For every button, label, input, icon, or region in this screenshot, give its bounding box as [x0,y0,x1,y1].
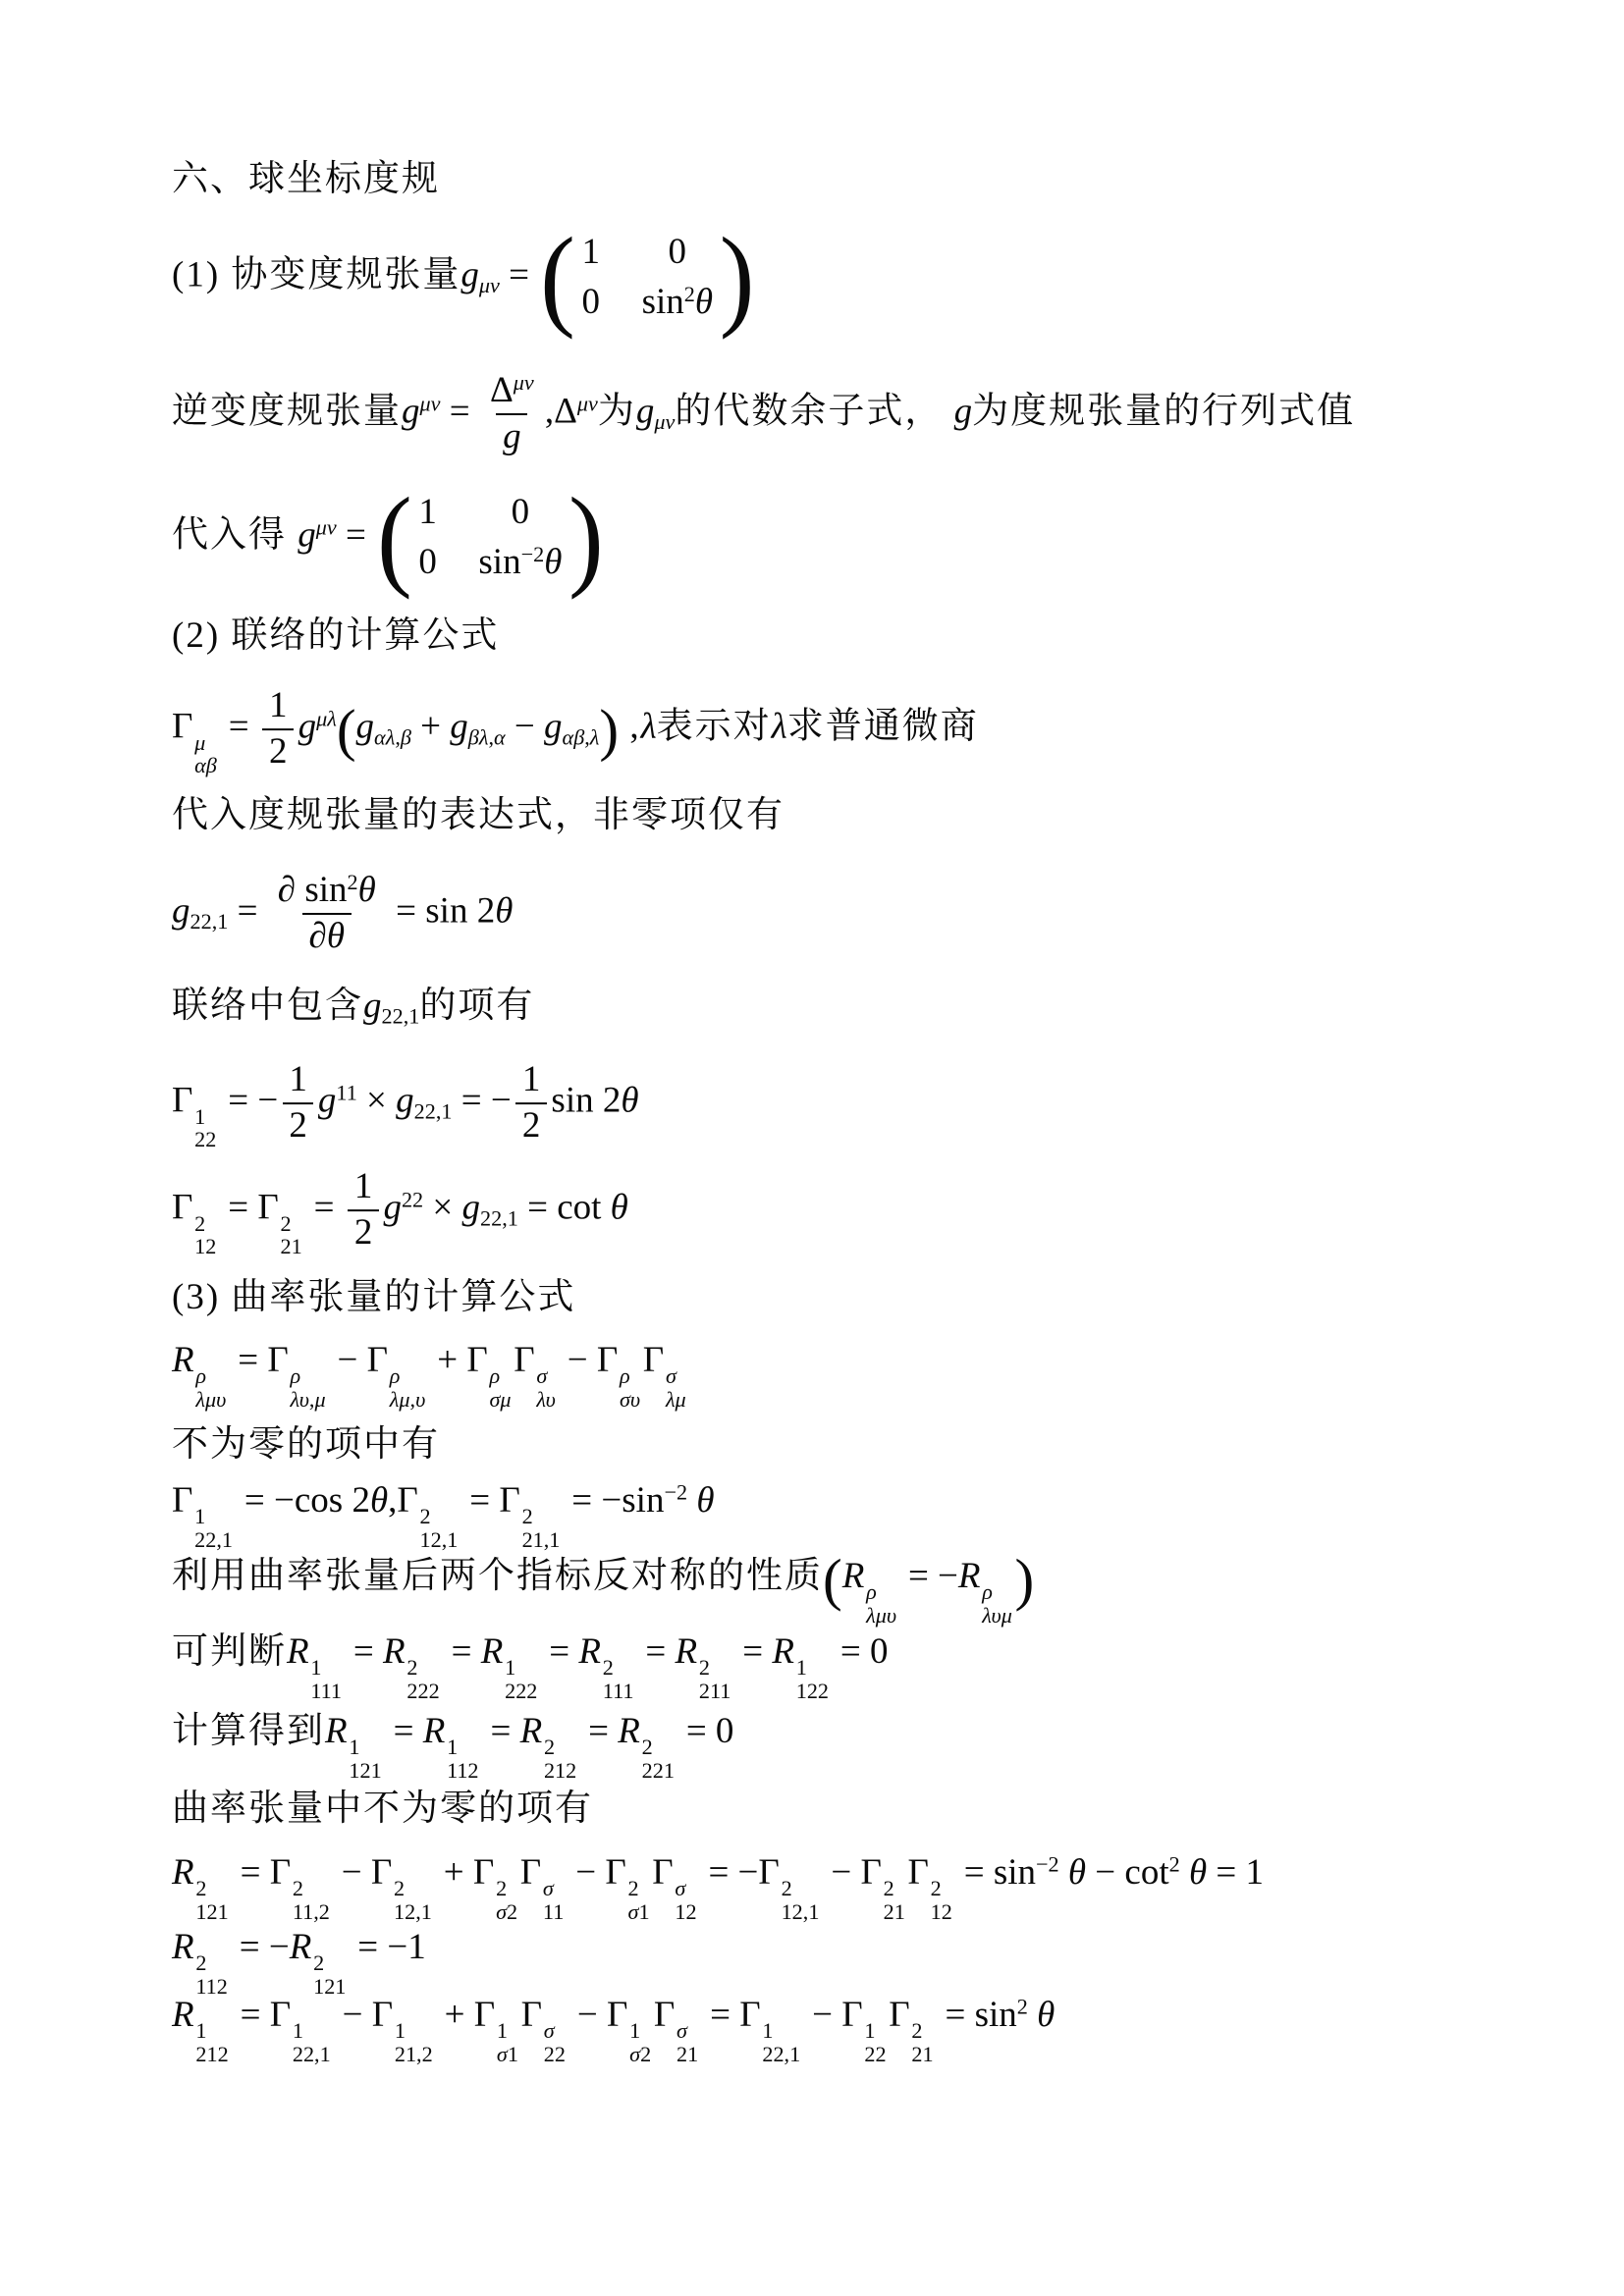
math-italic: g [503,416,521,456]
lower-index: 221 [642,1759,675,1783]
math-roman: Γ [605,1852,625,1893]
script-digits: 2 [699,1655,710,1680]
lower-index: 12 [194,1235,216,1258]
script-digits: 21,1 [522,1527,561,1552]
upper-index: 1 [194,1505,205,1528]
riemann-formula: Rρλμυ = Γρλυ,μ − Γρλμ,υ + ΓρσμΓσλυ − Γρσ… [172,1338,688,1411]
script-digits: 2 [195,1950,206,1975]
superscript: 22 [402,1187,423,1211]
script-letters: λμυ [195,1387,226,1412]
script-digits: 12,1 [420,1527,459,1552]
upper-index: ρ [620,1364,630,1388]
lower-index: 12 [675,1900,696,1924]
script-digits: 22 [864,2042,886,2066]
script-digits: 2 [1169,1852,1180,1877]
superscript: 2 [684,282,695,306]
text-nonzero-terms: 不为零的项中有 [172,1422,440,1468]
script-digits: 22,1 [414,1098,453,1123]
tensor-indices: 212,1 [420,1505,459,1551]
math-roman: 1 [522,1059,541,1099]
math-italic: R [383,1631,406,1672]
script-digits: 2 [627,1876,638,1900]
script-letters: λυ [536,1387,555,1412]
text-run: 六、球坐标度规 [172,159,440,199]
denominator: 2 [262,728,294,774]
math-roman: = [387,890,425,931]
math-roman: = [733,1631,772,1672]
math-roman [1028,1995,1037,2035]
script-digits: 12 [931,1899,952,1924]
upper-index: 2 [699,1656,710,1680]
math-italic: θ [695,282,713,322]
script-letters: σ [536,1363,547,1388]
math-italic: g [383,1188,402,1228]
fraction: 12 [515,1059,547,1148]
math-italic: g [544,707,563,747]
tensor-indices: 122,1 [762,2019,800,2065]
upper-index: 2 [420,1505,431,1528]
tensor-indices: ρλυ,μ [291,1364,326,1411]
tensor-indices: 2σ2 [496,1877,517,1923]
script-letters: μ [194,730,205,755]
upper-index: 2 [544,1735,555,1759]
math-roman: Γ [172,1480,192,1521]
subscript: μν [654,409,675,434]
text-run: 代入得 [172,514,298,555]
upper-index: 2 [884,1877,894,1900]
math-roman: Γ [172,1188,192,1228]
gamma-1-22-formula: Γ122 = −12g11 × g22,1 = −12sin 2θ [172,1059,639,1151]
math-roman: × [423,1188,461,1228]
tensor-indices: σλμ [666,1364,686,1411]
math-roman: sin 2 [551,1081,621,1121]
math-italic: R [172,1852,194,1893]
math-roman: Γ [654,1995,675,2035]
script-digits: 12 [675,1899,696,1924]
script-digits: 212 [195,2042,228,2066]
script-digits: 1 [349,1735,359,1759]
matrix-cells: 100sin2θ [575,231,720,326]
script-digits: 2 [281,1211,292,1236]
matrix: (100sin2θ) [540,228,754,328]
math-roman: Γ [372,1995,393,2035]
math-italic: g [954,391,973,431]
math-roman: = [345,1631,383,1672]
math-roman: Γ [841,1995,862,2035]
upper-index: 2 [406,1656,417,1680]
text-run: 逆变度规张量 [172,391,402,431]
script-digits: 21,2 [395,2042,433,2066]
christoffel-formula: Γμαβ = 12gμλ(gαλ,β + gβλ,α − gαβ,λ) ,λ表示… [172,685,979,777]
math-roman: − [333,1852,371,1893]
left-paren: ( [377,484,412,592]
math-roman: − [803,1995,841,2035]
tensor-indices: 2σ1 [627,1877,649,1923]
math-roman: = [579,1711,618,1751]
script-digits: 222 [406,1679,439,1703]
script-digits: 221 [642,1758,675,1783]
math-roman: 2 [522,1106,541,1147]
text-connection-terms: 联络中包含g22,1的项有 [172,984,534,1029]
tensor-indices: 2112 [195,1951,227,1998]
math-italic: θ [611,1188,628,1228]
upper-index: μ [194,731,205,755]
math-roman: − [328,1340,366,1380]
right-paren: ) [568,484,604,592]
lower-index: 11 [543,1900,564,1924]
math-roman: 0 [418,542,437,582]
script-letters: ρ [620,1363,630,1388]
script-digits: 2 [911,2018,922,2043]
math-roman: = [701,1995,739,2035]
tensor-indices: ρσμ [489,1364,511,1411]
math-roman: cos 2 [295,1480,370,1521]
lower-index: 22,1 [293,2043,331,2066]
math-roman: Γ [172,707,192,747]
tensor-indices: ρλμυ [195,1364,226,1411]
lower-index: 111 [603,1680,634,1703]
upper-index: 2 [195,1951,206,1975]
script-digits: 111 [603,1679,634,1703]
math-roman: + [411,707,450,747]
upper-index: 1 [349,1735,359,1759]
text-run: 不为零的项中有 [172,1424,440,1465]
math-roman: = [231,1995,269,2035]
zero-components-1: 可判断R1111 = R2222 = R1222 = R2111 = R2211… [172,1629,889,1702]
denominator: 2 [348,1209,379,1255]
lower-index: σ1 [627,1900,649,1924]
math-roman: = 0 [677,1711,734,1751]
script-letters: λμυ [866,1603,896,1628]
lower-index: σμ [489,1388,511,1412]
text-run: 可判断 [172,1631,287,1672]
math-roman: = − [899,1556,958,1596]
script-letters: β [401,724,411,749]
math-roman: sin 2 [425,890,495,931]
upper-index: 1 [762,2019,773,2043]
math-italic: g [298,514,316,555]
upper-index: 1 [497,2019,508,2043]
subscript: μν [479,273,500,297]
script-letters: σ [627,1899,638,1924]
math-italic: λ [641,707,657,747]
script-digits: 2 [640,2042,651,2066]
numerator: 1 [348,1166,379,1209]
upper-index: σ [536,1364,547,1388]
document-page: 六、球坐标度规 (1) 协变度规张量gμν = (100sin2θ) 逆变度规张… [0,0,1624,2296]
script-letters: λμ [390,1387,410,1412]
math-roman: = [219,1188,257,1228]
superscript: 2 [1017,1995,1028,2019]
math-roman: = [500,254,538,294]
lower-index: 21 [677,2043,698,2066]
script-letters: μν [420,391,441,415]
script-digits: 1 [293,2018,303,2043]
script-digits: 2 [522,1504,533,1528]
math-italic: R [772,1631,794,1672]
script-digits: 121 [349,1758,381,1783]
math-roman: Γ [907,1852,928,1893]
script-digits: 1 [447,1735,458,1759]
tensor-indices: 1222 [505,1656,537,1702]
text-run: 代入度规张量的表达式，非零项仅有 [172,795,785,835]
g221-derivative-formula: g22,1 = ∂ sin2θ∂θ = sin 2θ [172,870,513,958]
math-italic: R [290,1927,312,1967]
numerator: 1 [515,1059,547,1102]
script-digits: 112 [447,1758,478,1783]
math-italic: g [396,1081,414,1121]
script-digits: 1 [395,2018,406,2043]
math-roman: , [388,1480,397,1521]
upper-index: 1 [194,1105,205,1129]
tensor-indices: 2111 [603,1656,634,1702]
lower-index: λυ [536,1388,555,1412]
superscript: μν [514,370,534,395]
math-roman: Γ [739,1995,760,2035]
script-digits: 22,1 [480,1205,518,1230]
lower-index: 212 [195,2043,228,2066]
inverse-metric-result: 代入得 gμν = (100sin−2θ) [172,488,604,588]
text-run: (1) 协变度规张量 [172,254,460,294]
script-digits: 211 [699,1679,731,1703]
upper-index: 2 [627,1877,638,1900]
tensor-indices: 1121 [349,1735,381,1782]
upper-index: ρ [489,1364,500,1388]
script-letters: μν [577,391,598,415]
math-roman: − [558,1340,596,1380]
tensor-indices: 122 [194,1105,216,1151]
text-run: 的代数余子式， [675,391,953,431]
lower-index: 12,1 [782,1900,820,1924]
math-italic: λ [772,707,787,747]
upper-index: 2 [911,2019,922,2043]
math-italic: θ [358,870,376,910]
upper-index: 1 [195,2019,206,2043]
math-roman: = −1 [349,1927,426,1967]
fraction: Δμνg [483,370,540,458]
r2-121-formula: R2121 = Γ211,2 − Γ212,1 + Γ2σ2Γσ11 − Γ2σ… [172,1850,1264,1923]
superscript: μλ [316,706,337,730]
math-roman: = [636,1631,675,1672]
math-italic: R [958,1556,981,1596]
math-italic: R [287,1631,309,1672]
tensor-indices: 2121 [313,1951,346,1998]
math-roman: sin [622,1480,664,1521]
math-roman: Γ [860,1852,881,1893]
lower-index: σ2 [629,2043,651,2066]
script-digits: 1 [762,2018,773,2043]
lower-index: λμυ [866,1604,896,1628]
script-letters: αλ [374,724,395,749]
superscript: μν [577,391,598,415]
script-letters: μν [514,370,534,395]
lower-index: σ2 [496,1900,517,1924]
upper-index: ρ [195,1364,206,1388]
subscript: 22,1 [414,1098,453,1123]
text-run: , [619,707,641,747]
lower-index: λμ [666,1388,686,1412]
math-roman: Γ [371,1852,392,1893]
math-roman: Δ [554,391,577,431]
fraction: 12 [283,1059,314,1148]
math-italic: R [423,1711,446,1751]
math-roman: , [545,391,554,431]
script-letters: μν [479,273,500,297]
tensor-indices: 212 [931,1877,952,1923]
tensor-indices: μαβ [194,731,217,777]
script-digits: 2 [507,1899,517,1924]
script-digits: 21 [911,2042,933,2066]
math-roman: = [384,1711,422,1751]
tensor-indices: 1122 [796,1656,829,1702]
math-roman: sin [642,282,684,322]
upper-index: 1 [629,2019,640,2043]
lower-index: 21,1 [522,1528,561,1552]
upper-index: 2 [293,1877,303,1900]
math-roman: = [304,1188,343,1228]
math-italic: R [172,1995,194,2035]
math-italic: θ [1189,1852,1207,1893]
script-digits: 2 [195,1876,206,1900]
script-digits: 2 [544,1735,555,1759]
matrix-cell: 0 [669,231,687,276]
denominator: ∂θ [302,913,352,958]
math-italic: R [172,1927,194,1967]
text-run: 利用曲率张量后两个指标反对称的性质 [172,1556,823,1596]
tensor-indices: σ22 [544,2019,566,2065]
script-letters: λμ [666,1387,686,1412]
upper-index: 2 [642,1735,653,1759]
script-digits: 21 [677,2042,698,2066]
tensor-indices: 1σ2 [629,2019,651,2065]
text-run: 联络中包含 [172,986,363,1026]
math-roman: Γ [758,1852,779,1893]
script-letters: λ [590,724,600,749]
script-digits: 2 [293,1876,303,1900]
tensor-indices: 221 [281,1212,302,1258]
script-letters: ρ [390,1363,401,1388]
script-digits: 1 [638,1899,649,1924]
matrix-cell: 0 [512,491,530,536]
tensor-indices: 212 [194,1212,216,1258]
script-digits: 1 [864,2018,875,2043]
math-roman: Γ [367,1340,388,1380]
script-digits: 22,1 [293,2042,331,2066]
script-digits: 2 [782,1876,792,1900]
script-letters: ρ [866,1579,877,1604]
script-digits: 2 [420,1504,431,1528]
upper-index: ρ [866,1580,877,1604]
math-italic: θ [544,542,562,582]
matrix-cell: 1 [582,231,601,276]
text-curvature-nonzero: 曲率张量中不为零的项有 [172,1787,593,1832]
math-roman: 2 [269,732,288,773]
big-paren: ) [1015,1547,1035,1612]
script-letters: υ [415,1387,425,1412]
denominator: 2 [283,1102,314,1148]
script-letters: μν [654,409,675,434]
tensor-indices: 211,2 [293,1877,330,1923]
tensor-indices: 122 [864,2019,886,2065]
math-roman: 1 [354,1166,373,1206]
math-roman: − [506,707,544,747]
left-paren: ( [540,224,575,332]
script-digits: 1 [194,1104,205,1129]
lower-index: 122 [796,1680,829,1703]
zero-components-2: 计算得到R1121 = R1112 = R2212 = R2221 = 0 [172,1709,733,1782]
script-digits: 1 [194,1504,205,1528]
matrix: (100sin−2θ) [377,488,604,588]
big-paren: ( [823,1547,842,1612]
math-italic: R [675,1631,697,1672]
math-roman: = − [453,1081,512,1121]
text-run: 为 [598,391,636,431]
script-digits: 1 [796,1655,807,1680]
script-digits: 212 [544,1758,576,1783]
lower-index: λυμ [982,1604,1012,1628]
script-digits: 12 [194,1234,216,1258]
script-digits: 1 [497,2018,508,2043]
tensor-indices: 1212 [195,2019,228,2065]
tensor-indices: 2222 [406,1656,439,1702]
math-italic: θ [495,890,513,931]
math-roman: = − [231,1927,290,1967]
script-digits: 2 [348,870,358,894]
script-digits: 11,2 [293,1899,330,1924]
lower-index: 22 [864,2043,886,2066]
script-digits: 22,1 [382,1004,420,1029]
lower-index: 121 [349,1759,381,1783]
script-letters: μν [316,514,337,539]
script-digits: −2 [521,542,545,566]
math-italic: θ [1037,1995,1055,2035]
matrix-cell: sin2θ [642,280,713,325]
script-digits: 1 [508,2042,518,2066]
lower-index: 21 [884,1900,905,1924]
tensor-indices: 2212 [544,1735,576,1782]
math-roman: = [220,707,258,747]
script-digits: 122 [796,1679,829,1703]
script-letters: ρ [982,1579,993,1604]
lower-index: αβ [194,754,217,777]
lower-index: 12 [931,1900,952,1924]
math-roman: × [357,1081,396,1121]
script-digits: 12,1 [782,1899,820,1924]
matrix-cells: 100sin−2θ [412,491,568,586]
math-roman: Γ [889,1995,909,2035]
subscript: αβ,λ [563,724,600,749]
upper-index: 2 [931,1877,942,1900]
math-italic: R [520,1711,543,1751]
subscript: αλ,β [374,724,411,749]
script-letters: αβ [563,724,585,749]
upper-index: σ [544,2019,555,2043]
upper-index: 2 [603,1656,614,1680]
matrix-cell: 0 [418,540,437,585]
script-digits: 2 [496,1876,507,1900]
math-roman: = − [563,1480,622,1521]
lower-index: 121 [195,1900,228,1924]
math-italic: g [318,1081,337,1121]
script-digits: 22 [194,1127,216,1151]
math-roman: Γ [397,1480,417,1521]
lower-index: 112 [447,1759,478,1783]
math-roman: Γ [466,1340,487,1380]
lower-index: 21,2 [395,2043,433,2066]
math-roman: = [540,1631,578,1672]
tensor-indices: ρσυ [620,1364,640,1411]
superscript: −2 [664,1480,687,1505]
